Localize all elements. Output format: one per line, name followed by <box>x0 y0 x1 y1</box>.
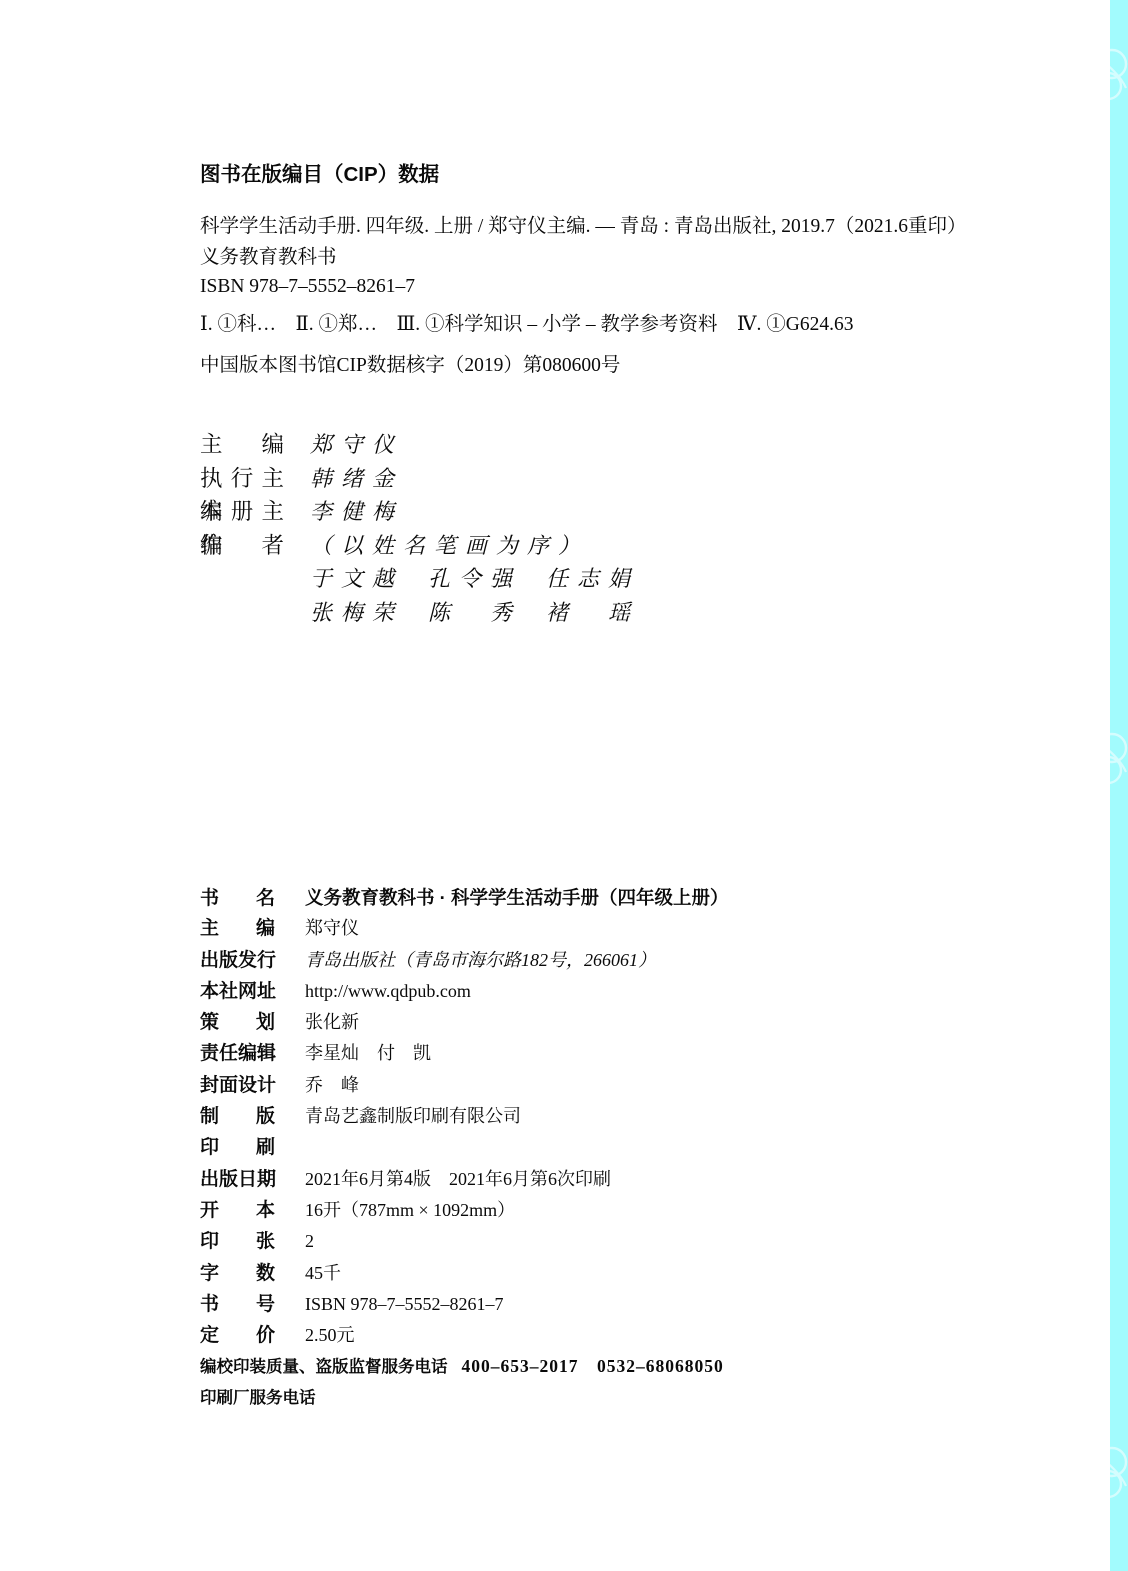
author-name: 褚 瑶 <box>546 596 664 630</box>
editor-rows: 主编 郑守仪 执行主编 韩绪金 本册主编 李健梅 作者 （以姓名笔画为序） <box>200 428 800 562</box>
atom-swirl-icon <box>1110 34 1128 106</box>
editor-name: 郑守仪 <box>310 428 403 462</box>
colophon-field-label: 印张 <box>200 1226 275 1257</box>
colophon-row: 制版 青岛艺鑫制版印刷有限公司 <box>200 1101 960 1132</box>
colophon-row: 出版日期 2021年6月第4版 2021年6月第6次印刷 <box>200 1164 960 1195</box>
editor-name: 李健梅 <box>310 495 403 529</box>
colophon-field-value: 16开（787mm × 1092mm） <box>305 1195 515 1226</box>
colophon-field-value: 李星灿 付 凯 <box>305 1038 431 1069</box>
colophon-row: 印张 2 <box>200 1226 960 1257</box>
colophon-field-value: 义务教育教科书 · 科学学生活动手册（四年级上册） <box>305 882 728 913</box>
colophon-row: 策划 张化新 <box>200 1007 960 1038</box>
colophon-row: 开本 16开（787mm × 1092mm） <box>200 1195 960 1226</box>
editors-block: 主编 郑守仪 执行主编 韩绪金 本册主编 李健梅 作者 （以姓名笔画为序） 于文… <box>200 428 800 629</box>
copyright-page: 图书在版编目（CIP）数据 科学学生活动手册. 四年级. 上册 / 郑守仪主编.… <box>0 0 1128 1571</box>
editor-row: 作者 （以姓名笔画为序） <box>200 529 800 563</box>
colophon-field-value: 青岛出版社（青岛市海尔路182号，266061） <box>305 945 656 976</box>
colophon-field-label: 本社网址 <box>200 976 275 1007</box>
author-name: 任志娟 <box>546 562 664 596</box>
cip-data-block: 图书在版编目（CIP）数据 科学学生活动手册. 四年级. 上册 / 郑守仪主编.… <box>200 162 960 188</box>
colophon-field-label: 定价 <box>200 1320 275 1351</box>
colophon-field-value: 2021年6月第4版 2021年6月第6次印刷 <box>305 1164 611 1195</box>
cip-isbn-line: ISBN 978–7–5552–8261–7 <box>200 275 415 299</box>
cip-title: 图书在版编目（CIP）数据 <box>200 162 960 188</box>
author-name: 陈 秀 <box>428 596 546 630</box>
author-name-rows: 于文越孔令强任志娟 张梅荣陈 秀褚 瑶 <box>310 562 800 629</box>
colophon-field-value: ISBN 978–7–5552–8261–7 <box>305 1289 504 1320</box>
colophon-row: 责任编辑 李星灿 付 凯 <box>200 1038 960 1069</box>
editor-name: （以姓名笔画为序） <box>310 529 589 563</box>
colophon-row: 出版发行 青岛出版社（青岛市海尔路182号，266061） <box>200 945 960 976</box>
colophon-field-value: 45千 <box>305 1258 341 1289</box>
colophon-row: 字数 45千 <box>200 1258 960 1289</box>
author-name: 孔令强 <box>428 562 546 596</box>
colophon-row: 印刷 <box>200 1132 960 1163</box>
service-phone-line: 编校印装质量、盗版监督服务电话400–653–2017 0532–6806805… <box>200 1351 960 1382</box>
cip-classification-line: Ⅰ. ①科… Ⅱ. ①郑… Ⅲ. ①科学知识 – 小学 – 教学参考资料 Ⅳ. … <box>200 313 853 337</box>
cip-record-number-line: 中国版本图书馆CIP数据核字（2019）第080600号 <box>200 354 620 378</box>
colophon-field-label: 封面设计 <box>200 1070 275 1101</box>
colophon-field-value: 乔 峰 <box>305 1070 359 1101</box>
colophon-field-label: 书号 <box>200 1289 275 1320</box>
colophon-field-label: 印刷 <box>200 1132 275 1163</box>
colophon-row: 书号 ISBN 978–7–5552–8261–7 <box>200 1289 960 1320</box>
colophon-field-label: 出版日期 <box>200 1164 275 1195</box>
editor-row: 主编 郑守仪 <box>200 428 800 462</box>
editor-role-label: 主编 <box>200 428 284 462</box>
author-name: 张梅荣 <box>310 596 428 630</box>
colophon-row: 书名 义务教育教科书 · 科学学生活动手册（四年级上册） <box>200 882 960 913</box>
colophon-row: 主编 郑守仪 <box>200 913 960 944</box>
cip-description-line: 科学学生活动手册. 四年级. 上册 / 郑守仪主编. — 青岛 : 青岛出版社,… <box>200 215 966 239</box>
author-row: 张梅荣陈 秀褚 瑶 <box>310 596 800 630</box>
colophon-row: 本社网址 http://www.qdpub.com <box>200 976 960 1007</box>
colophon-row: 封面设计 乔 峰 <box>200 1070 960 1101</box>
editor-row: 本册主编 李健梅 <box>200 495 800 529</box>
colophon-field-label: 书名 <box>200 883 275 914</box>
colophon-field-value: 青岛艺鑫制版印刷有限公司 <box>305 1101 521 1132</box>
editor-row: 执行主编 韩绪金 <box>200 462 800 496</box>
colophon-field-label: 策划 <box>200 1007 275 1038</box>
author-name: 于文越 <box>310 562 428 596</box>
colophon-field-label: 开本 <box>200 1195 275 1226</box>
colophon-field-value: 张化新 <box>305 1007 359 1038</box>
colophon-field-value: 2 <box>305 1226 314 1257</box>
colophon-field-label: 字数 <box>200 1258 275 1289</box>
atom-swirl-icon <box>1110 718 1128 790</box>
colophon-field-label: 出版发行 <box>200 945 275 976</box>
editor-role-label: 作者 <box>200 529 284 563</box>
colophon-field-value: 郑守仪 <box>305 913 359 944</box>
colophon-block: 书名 义务教育教科书 · 科学学生活动手册（四年级上册） 主编 郑守仪 出版发行… <box>200 882 960 1414</box>
printer-phone-line: 印刷厂服务电话 <box>200 1383 960 1414</box>
colophon-row: 定价 2.50元 <box>200 1320 960 1351</box>
atom-swirl-icon <box>1110 1432 1128 1504</box>
colophon-field-label: 主编 <box>200 913 275 944</box>
service-phone-label: 编校印装质量、盗版监督服务电话 <box>200 1358 448 1376</box>
service-phone-numbers: 400–653–2017 0532–68068050 <box>462 1356 724 1376</box>
colophon-rows: 书名 义务教育教科书 · 科学学生活动手册（四年级上册） 主编 郑守仪 出版发行… <box>200 882 960 1351</box>
colophon-field-label: 责任编辑 <box>200 1038 275 1069</box>
author-row: 于文越孔令强任志娟 <box>310 562 800 596</box>
page-edge-strip <box>1110 0 1128 1571</box>
colophon-field-value: 2.50元 <box>305 1320 355 1351</box>
colophon-field-label: 制版 <box>200 1101 275 1132</box>
editor-name: 韩绪金 <box>310 462 403 496</box>
colophon-field-value: http://www.qdpub.com <box>305 976 471 1007</box>
cip-series-line: 义务教育教科书 <box>200 246 337 270</box>
